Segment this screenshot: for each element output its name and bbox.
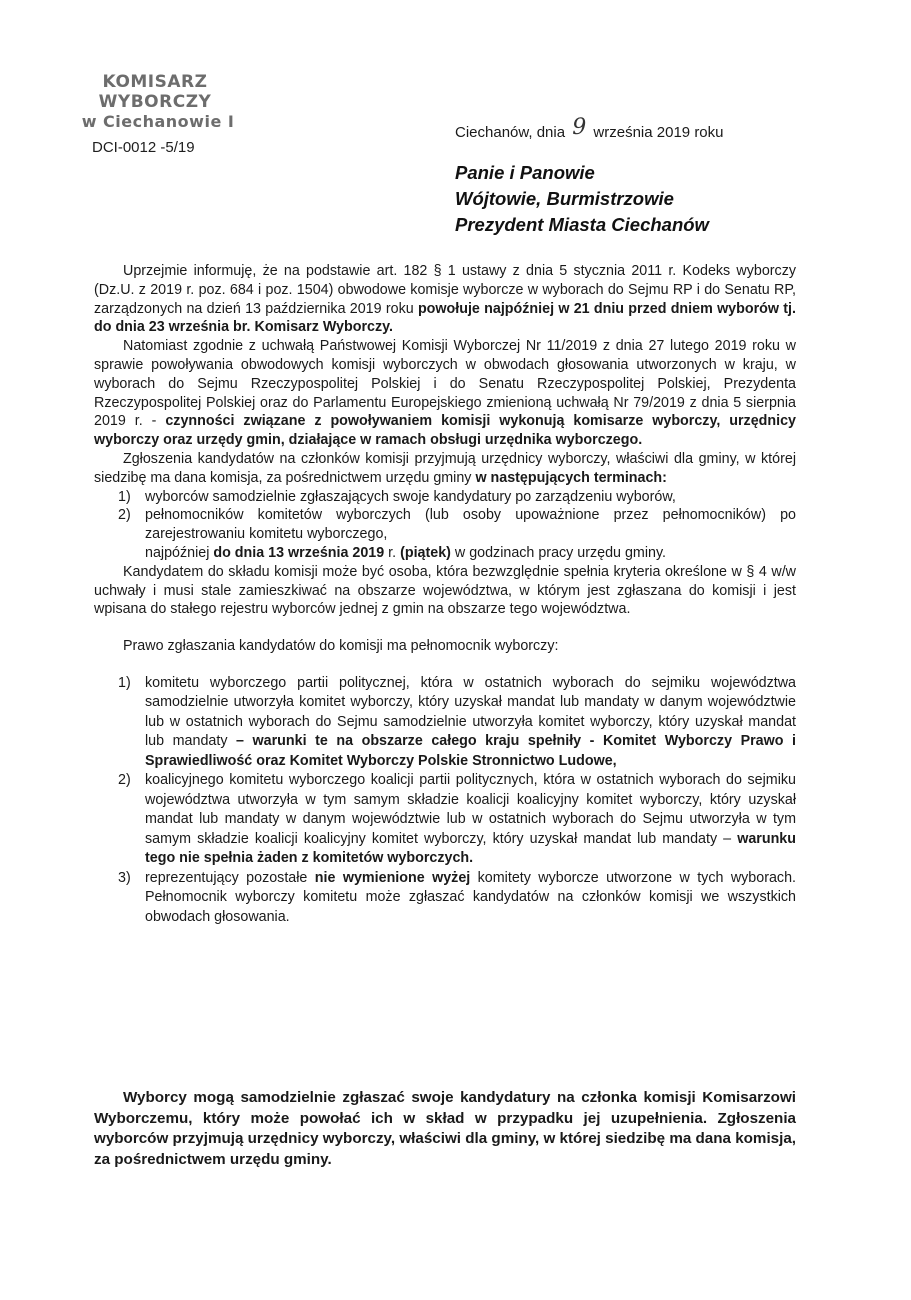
list-item: 1) komitetu wyborczego partii polityczne…	[94, 674, 796, 772]
date-prefix: Ciechanów, dnia	[455, 124, 565, 141]
addressee-line: Panie i Panowie	[455, 160, 709, 186]
note-text: w godzinach pracy urzędu gminy.	[451, 545, 666, 561]
addressee-line: Wójtowie, Burmistrzowie	[455, 186, 709, 212]
list-text: reprezentujący pozostałe	[145, 870, 315, 886]
list-number: 2)	[118, 506, 131, 525]
list-item: 2) koalicyjnego komitetu wyborczego koal…	[94, 771, 796, 869]
note-weekday: (piątek)	[400, 545, 451, 561]
list-number: 1)	[118, 488, 131, 507]
addressee-line: Prezydent Miasta Ciechanów	[455, 212, 709, 238]
list-item: 3) reprezentujący pozostałe nie wymienio…	[94, 869, 796, 928]
list-emphasis: nie wymienione wyżej	[315, 870, 470, 886]
reference-number: DCI-0012 -5/19	[92, 139, 195, 156]
letter-body: Uprzejmie informuję, że na podstawie art…	[94, 262, 796, 927]
list-number: 3)	[118, 869, 131, 889]
list-text: wyborców samodzielnie zgłaszających swoj…	[145, 489, 676, 505]
date-suffix: września 2019 roku	[593, 124, 723, 141]
paragraph-legal-basis: Uprzejmie informuję, że na podstawie art…	[94, 262, 796, 337]
official-stamp: KOMISARZ WYBORCZY w Ciechanowie I	[50, 72, 260, 132]
list-item: 1) wyborców samodzielnie zgłaszających s…	[94, 488, 796, 507]
list-emphasis: – warunki te na obszarze całego kraju sp…	[145, 733, 796, 769]
note-text: najpóźniej	[145, 545, 213, 561]
paragraph-candidate-criteria: Kandydatem do składu komisji może być os…	[94, 563, 796, 619]
list-number: 2)	[118, 771, 131, 791]
letter-page: KOMISARZ WYBORCZY w Ciechanowie I DCI-00…	[0, 0, 911, 1300]
stamp-line-1: KOMISARZ WYBORCZY	[50, 72, 260, 112]
deadline-note: najpóźniej do dnia 13 września 2019 r. (…	[145, 545, 666, 561]
paragraph-emphasis: czynności związane z powoływaniem komisj…	[94, 413, 796, 448]
stamp-line-2: w Ciechanowie I	[50, 112, 260, 132]
paragraph-emphasis: w następujących terminach:	[475, 470, 666, 486]
paragraph-text: Zgłoszenia kandydatów na członków komisj…	[94, 451, 796, 486]
paragraph-proxy-right: Prawo zgłaszania kandydatów do komisji m…	[94, 637, 796, 656]
addressee-block: Panie i Panowie Wójtowie, Burmistrzowie …	[455, 160, 709, 238]
list-text: pełnomocników komitetów wyborczych (lub …	[145, 507, 796, 542]
deadline-list: 1) wyborców samodzielnie zgłaszających s…	[94, 488, 796, 563]
closing-text: Wyborcy mogą samodzielnie zgłaszać swoje…	[94, 1088, 796, 1170]
note-date: do dnia 13 września 2019	[213, 545, 384, 561]
proxy-list: 1) komitetu wyborczego partii polityczne…	[94, 674, 796, 928]
list-item: 2) pełnomocników komitetów wyborczych (l…	[94, 506, 796, 562]
note-text: r.	[384, 545, 400, 561]
paragraph-submissions: Zgłoszenia kandydatów na członków komisj…	[94, 450, 796, 488]
date-day-handwritten: 9	[572, 115, 586, 140]
paragraph-pkw-resolution: Natomiast zgodnie z uchwałą Państwowej K…	[94, 337, 796, 450]
closing-paragraph: Wyborcy mogą samodzielnie zgłaszać swoje…	[94, 1088, 796, 1170]
list-number: 1)	[118, 674, 131, 694]
list-text: koalicyjnego komitetu wyborczego koalicj…	[145, 772, 796, 847]
letter-date: Ciechanów, dnia 9 września 2019 roku	[455, 118, 724, 143]
